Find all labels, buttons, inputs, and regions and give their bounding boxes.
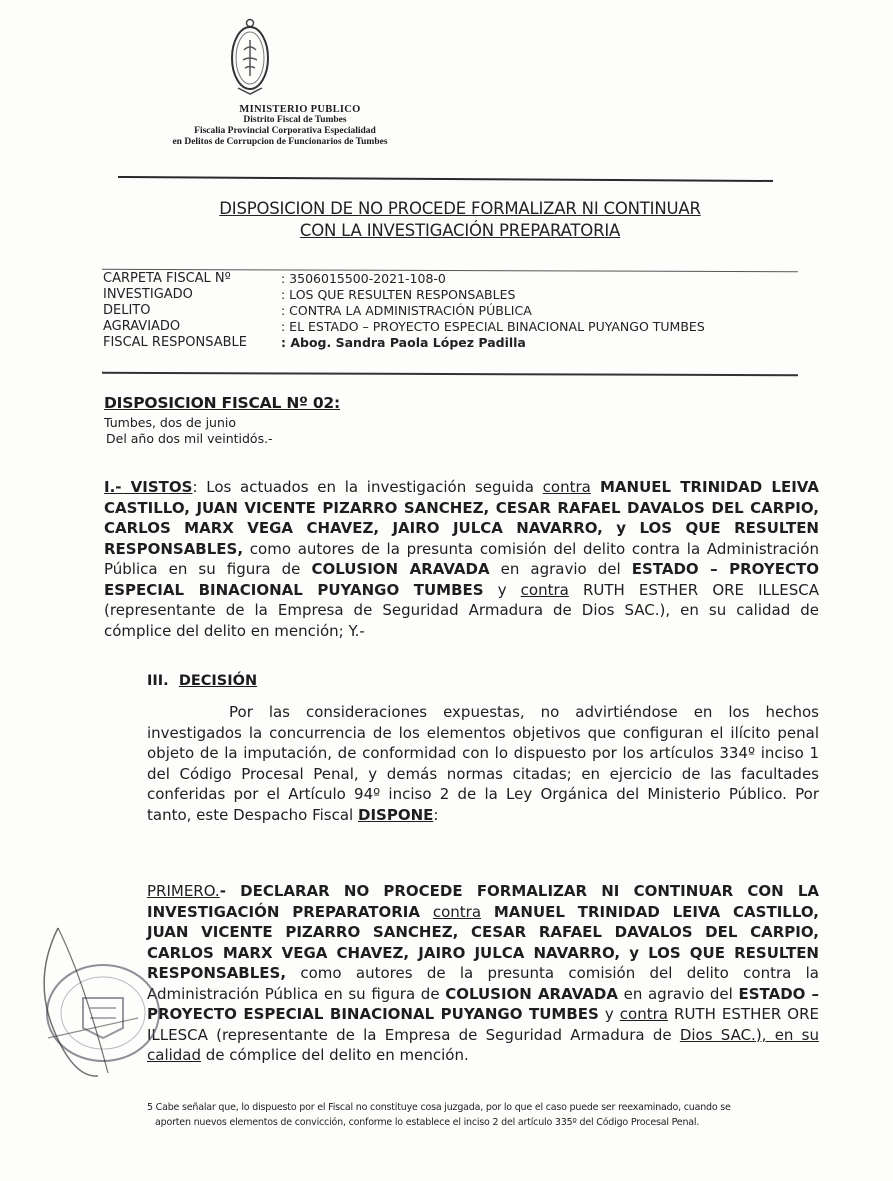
title-line2: CON LA INVESTIGACIÓN PREPARATORIA	[170, 220, 750, 242]
document-title: DISPOSICION DE NO PROCEDE FORMALIZAR NI …	[170, 198, 750, 242]
office-name-line1: Fiscalia Provincial Corporativa Especial…	[110, 126, 460, 137]
case-info-row: AGRAVIADO : EL ESTADO – PROYECTO ESPECIA…	[103, 319, 798, 335]
header-divider	[118, 176, 773, 182]
decision-heading: III. DECISIÓN	[147, 673, 257, 689]
decision-paragraph: Por las consideraciones expuestas, no ad…	[147, 702, 819, 825]
case-info-value: : CONTRA LA ADMINISTRACIÓN PÚBLICA	[281, 303, 798, 319]
disposition-number: DISPOSICION FISCAL Nº 02:	[104, 394, 340, 412]
case-info-value: : Abog. Sandra Paola López Padilla	[281, 335, 798, 351]
primero-paragraph: PRIMERO.- DECLARAR NO PROCEDE FORMALIZAR…	[147, 881, 819, 1066]
case-info-row: CARPETA FISCAL Nº : 3506015500-2021-108-…	[103, 271, 798, 287]
footnote: 5 Cabe señalar que, lo dispuesto por el …	[147, 1100, 827, 1130]
dispone-keyword: DISPONE	[358, 806, 433, 824]
title-line1: DISPOSICION DE NO PROCEDE FORMALIZAR NI …	[170, 198, 750, 220]
coat-of-arms-icon	[228, 18, 272, 96]
info-bottom-rule	[102, 372, 798, 376]
institution-name: MINISTERIO PUBLICO	[140, 104, 460, 115]
case-info-value: : EL ESTADO – PROYECTO ESPECIAL BINACION…	[281, 319, 798, 335]
case-info-row: DELITO : CONTRA LA ADMINISTRACIÓN PÚBLIC…	[103, 303, 798, 319]
footnote-line1: 5 Cabe señalar que, lo dispuesto por el …	[147, 1102, 731, 1113]
case-info-value: : 3506015500-2021-108-0	[281, 271, 798, 287]
case-info-label: FISCAL RESPONSABLE	[103, 335, 281, 351]
date-line2: Del año dos mil veintidós.-	[106, 431, 273, 446]
primero-heading: PRIMERO.	[147, 882, 220, 900]
case-info-table: CARPETA FISCAL Nº : 3506015500-2021-108-…	[103, 271, 798, 351]
office-name-line2: en Delitos de Corrupcion de Funcionarios…	[100, 137, 460, 148]
case-info-row: FISCAL RESPONSABLE : Abog. Sandra Paola …	[103, 335, 798, 351]
vistos-paragraph: I.- VISTOS: Los actuados en la investiga…	[104, 477, 819, 641]
district-name: Distrito Fiscal de Tumbes	[130, 115, 460, 126]
institution-header: MINISTERIO PUBLICO Distrito Fiscal de Tu…	[100, 104, 460, 148]
official-stamp-icon	[28, 918, 163, 1078]
case-info-value: : LOS QUE RESULTEN RESPONSABLES	[281, 287, 798, 303]
case-info-label: CARPETA FISCAL Nº	[103, 271, 281, 287]
vistos-heading: I.- VISTOS	[104, 478, 192, 496]
case-info-label: AGRAVIADO	[103, 319, 281, 335]
case-info-row: INVESTIGADO : LOS QUE RESULTEN RESPONSAB…	[103, 287, 798, 303]
case-info-label: INVESTIGADO	[103, 287, 281, 303]
footnote-line2: aporten nuevos elementos de convicción, …	[147, 1115, 827, 1130]
case-info-label: DELITO	[103, 303, 281, 319]
date-line1: Tumbes, dos de junio	[104, 415, 236, 430]
